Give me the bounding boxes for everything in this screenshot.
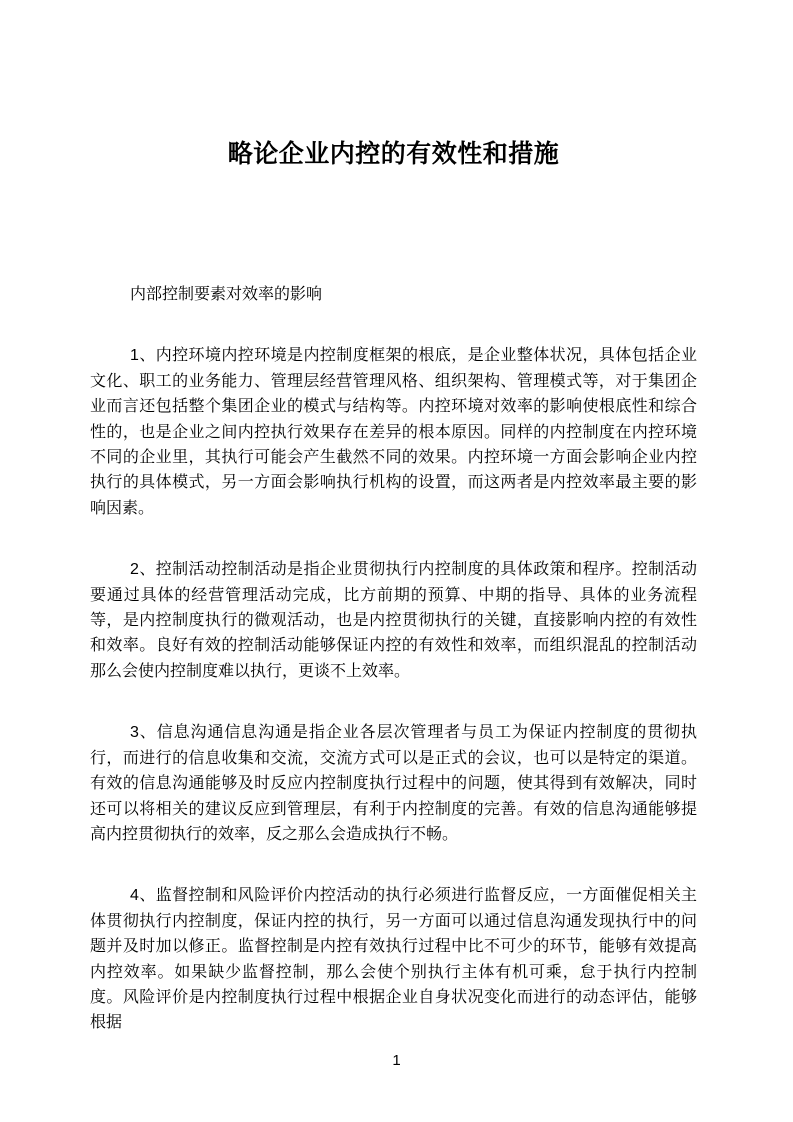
section-heading: 内部控制要素对效率的影响 (90, 282, 697, 307)
document-page: 略论企业内控的有效性和措施 内部控制要素对效率的影响 1、内控环境内控环境是内控… (0, 0, 793, 1122)
body-paragraph-4: 4、监督控制和风险评价内控活动的执行必须进行监督反应，一方面催促相关主体贯彻执行… (90, 883, 697, 1035)
body-paragraph-2: 2、控制活动控制活动是指企业贯彻执行内控制度的具体政策和程序。控制活动要通过具体… (90, 557, 697, 684)
page-number: 1 (0, 1051, 793, 1071)
document-title: 略论企业内控的有效性和措施 (90, 138, 697, 170)
document-content: 略论企业内控的有效性和措施 内部控制要素对效率的影响 1、内控环境内控环境是内控… (90, 0, 697, 1036)
body-paragraph-3: 3、信息沟通信息沟通是指企业各层次管理者与员工为保证内控制度的贯彻执行，而进行的… (90, 720, 697, 847)
body-paragraph-1: 1、内控环境内控环境是内控制度框架的根底，是企业整体状况，具体包括企业文化、职工… (90, 343, 697, 521)
